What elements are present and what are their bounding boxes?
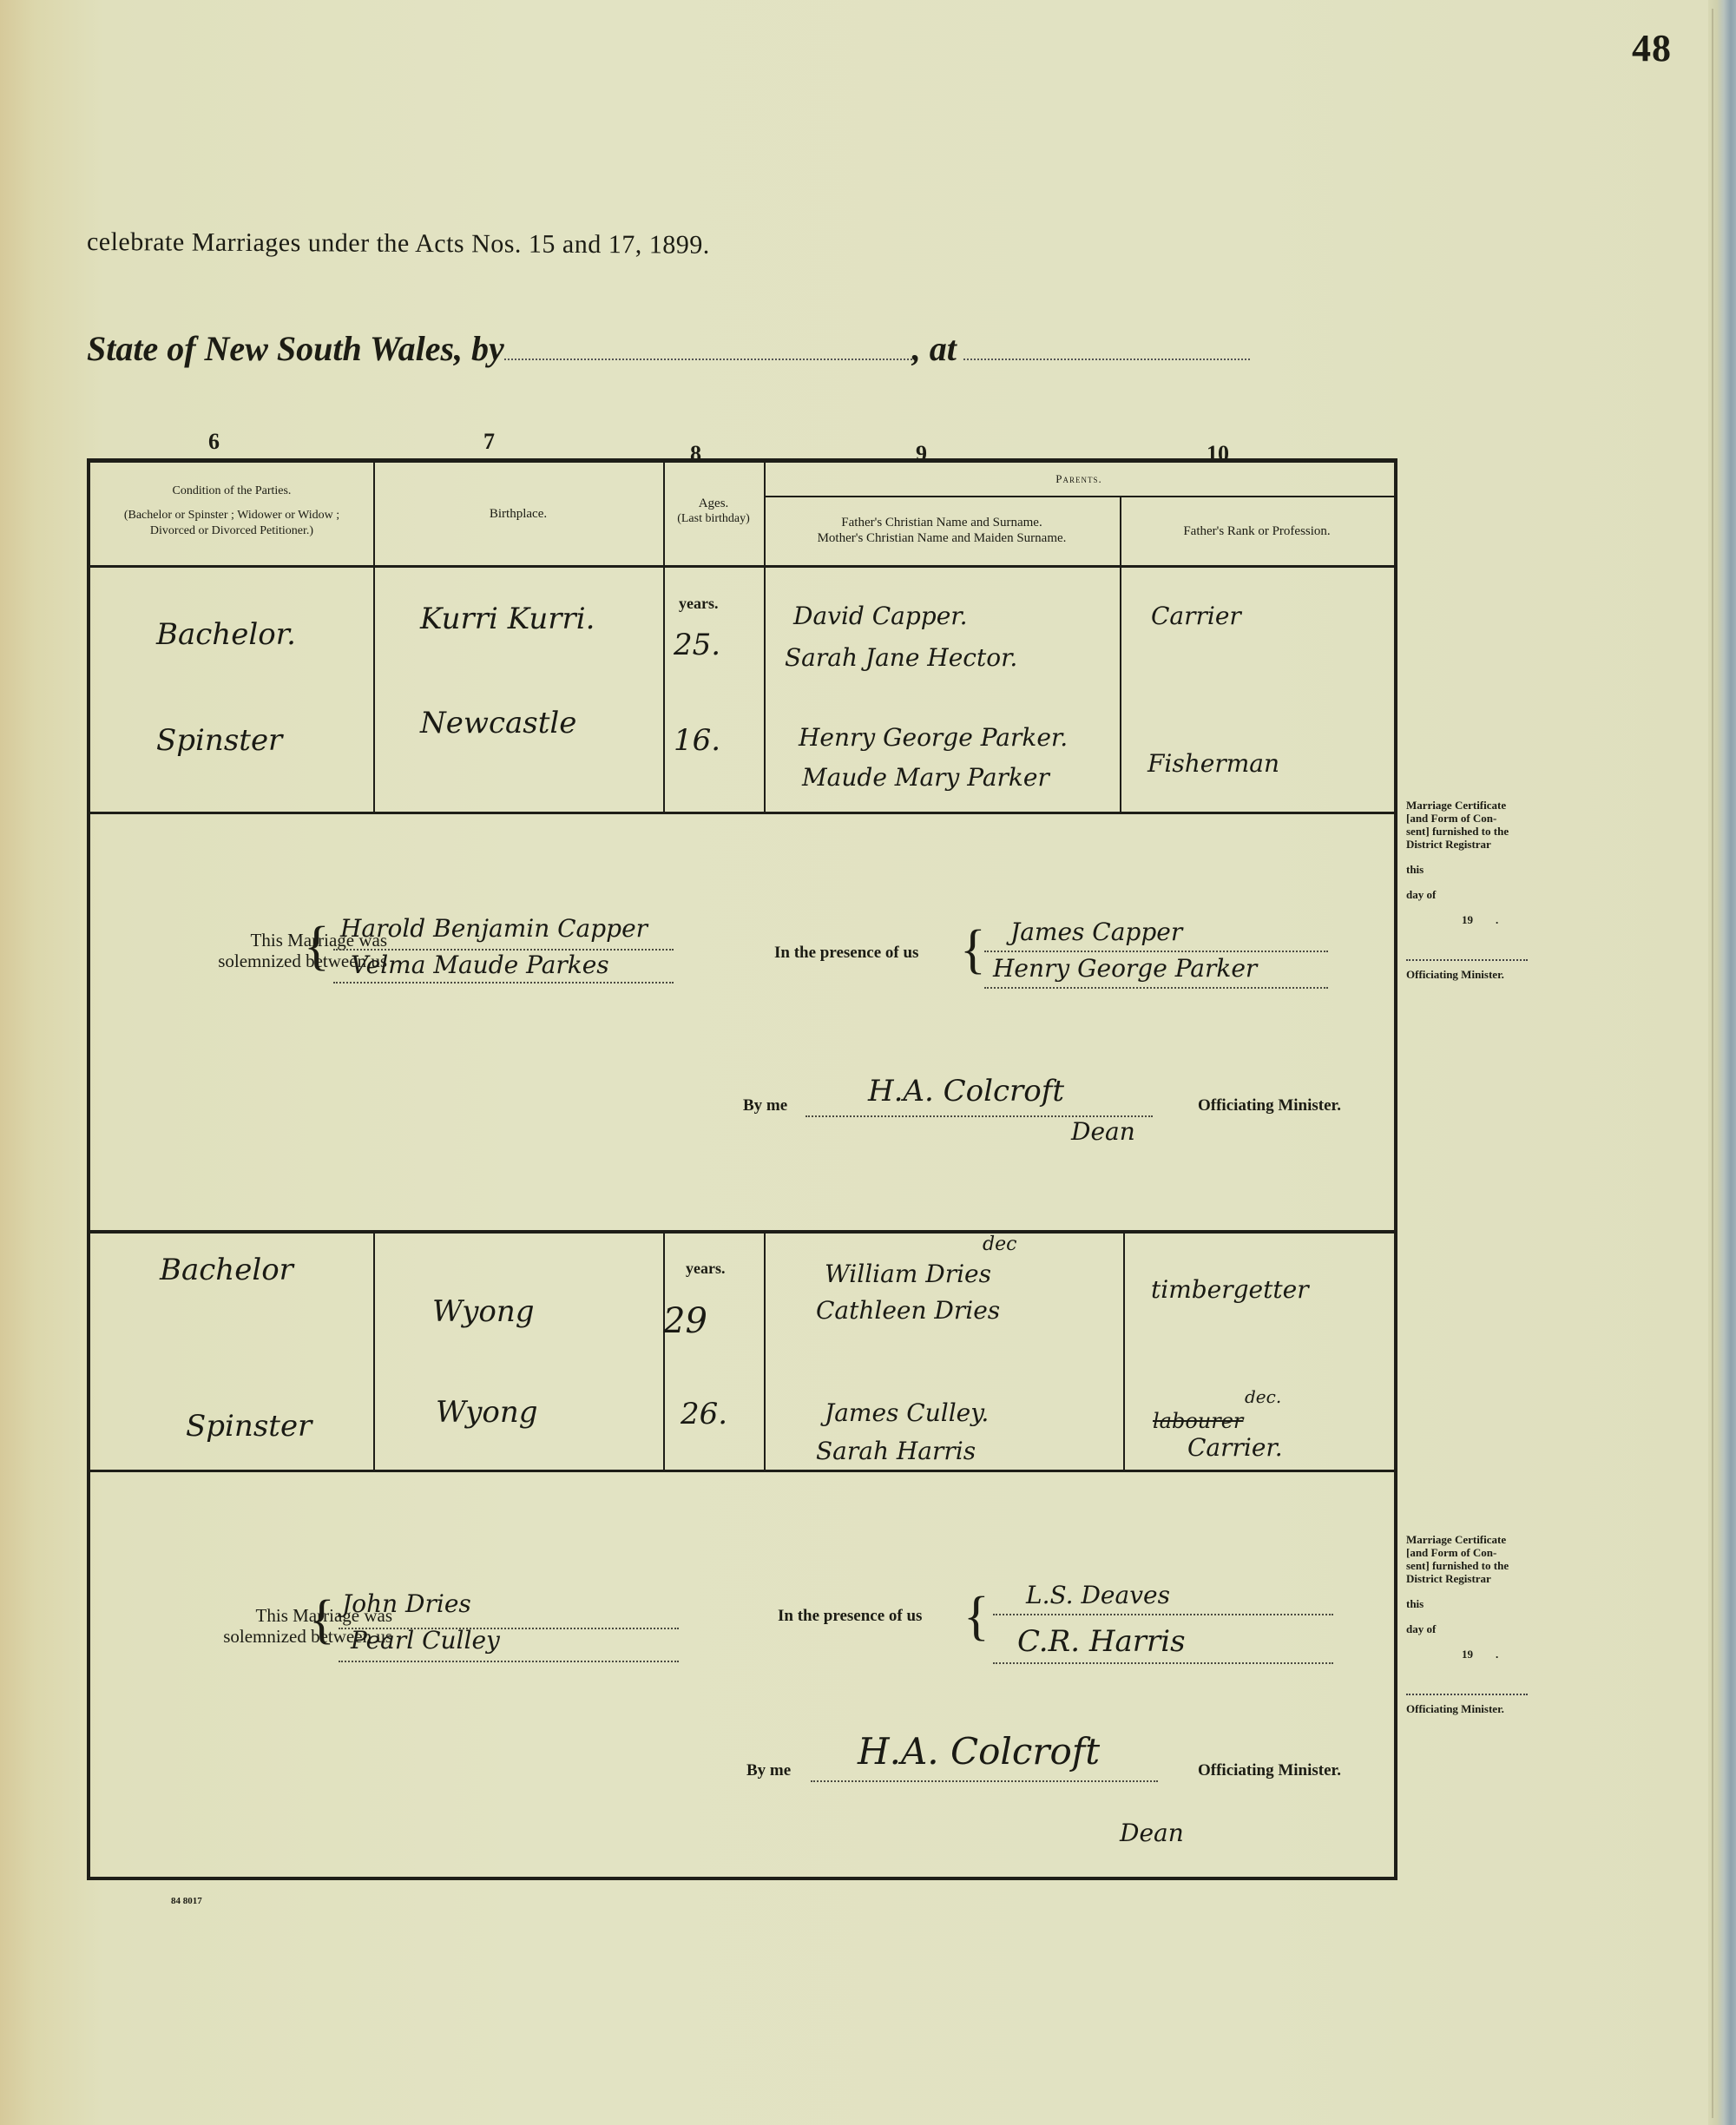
witness2-line	[984, 987, 1328, 989]
groom-father-note: dec	[983, 1234, 1016, 1255]
brace-icon: {	[309, 1593, 335, 1647]
brace-icon: {	[963, 1589, 990, 1643]
bride-father: James Culley.	[825, 1398, 989, 1427]
minister-signature: H.A. Colcroft	[868, 1074, 1064, 1109]
margin-this: this	[1406, 863, 1536, 876]
margin-line: sent] furnished to the	[1406, 825, 1536, 838]
bride-birthplace: Newcastle	[420, 706, 576, 740]
condition-header: Condition of the Parties. (Bachelor or S…	[90, 484, 373, 539]
page-number: 48	[1632, 26, 1672, 70]
groom-mother: Cathleen Dries	[816, 1296, 1000, 1325]
margin-officiating: Officiating Minister.	[1406, 968, 1536, 981]
column-number-7: 7	[483, 429, 495, 455]
bride-mother: Maude Mary Parker	[802, 763, 1049, 792]
margin-line: sent] furnished to the	[1406, 1559, 1536, 1572]
ages-header: Ages. (Last birthday)	[663, 496, 764, 527]
margin-day-of: day of	[1406, 1622, 1536, 1635]
entry1-rows-bottom-rule	[90, 812, 1394, 814]
brace-icon: {	[304, 919, 330, 973]
groom-birthplace: Wyong	[432, 1294, 535, 1329]
groom-condition: Bachelor.	[156, 617, 296, 652]
party2-name: Pearl Culley	[351, 1626, 500, 1655]
margin-certificate-note: Marriage Certificate [and Form of Con- s…	[1406, 1533, 1536, 1715]
form-code: 84 8017	[171, 1896, 202, 1906]
bride-age: 16.	[674, 723, 720, 758]
margin-year: 19	[1462, 1648, 1473, 1661]
brace-icon: {	[960, 923, 986, 977]
column-number-6: 6	[208, 429, 220, 455]
witnesses-label: In the presence of us	[774, 944, 918, 963]
column-divider	[663, 1234, 665, 1471]
by-me-label: By me	[746, 1761, 791, 1780]
party2-name: Velma Maude Parkes	[351, 951, 609, 979]
groom-father: William Dries	[825, 1260, 991, 1288]
margin-line: District Registrar	[1406, 838, 1536, 851]
groom-age: 25.	[674, 628, 720, 662]
party1-name: Harold Benjamin Capper	[340, 914, 648, 943]
condition-subtitle: (Bachelor or Spinster ; Widower or Widow…	[90, 508, 373, 539]
groom-father-profession: timbergetter	[1151, 1275, 1309, 1304]
witness1-name: L.S. Deaves	[1026, 1581, 1170, 1609]
bride-birthplace: Wyong	[436, 1395, 538, 1430]
margin-certificate-note: Marriage Certificate [and Form of Con- s…	[1406, 799, 1536, 981]
party1-name: John Dries	[342, 1589, 471, 1618]
by-field	[504, 353, 912, 360]
margin-line: Marriage Certificate	[1406, 1533, 1536, 1546]
by-me-label: By me	[743, 1096, 787, 1115]
margin-line: [and Form of Con-	[1406, 812, 1536, 825]
bride-mother: Sarah Harris	[816, 1437, 976, 1465]
officiating-minister-label: Officiating Minister.	[1198, 1761, 1341, 1780]
witness1-line	[984, 951, 1328, 952]
margin-year-suffix: .	[1496, 913, 1498, 926]
groom-condition: Bachelor	[160, 1253, 293, 1287]
page-edge-line	[1712, 9, 1713, 2118]
state-line: State of New South Wales, by, at	[87, 328, 1250, 369]
margin-year-suffix: .	[1496, 1648, 1498, 1661]
birthplace-header: Birthplace.	[373, 506, 663, 522]
minister-signature-line	[811, 1780, 1158, 1782]
parents-names-line1: Father's Christian Name and Surname.	[764, 515, 1120, 530]
witness2-name: C.R. Harris	[1017, 1624, 1186, 1659]
ages-subtitle: (Last birthday)	[663, 511, 764, 527]
groom-age: 29	[663, 1301, 707, 1341]
groom-birthplace: Kurri Kurri.	[420, 602, 595, 636]
minister-signature: H.A. Colcroft	[858, 1730, 1100, 1773]
parents-rule	[764, 496, 1394, 497]
bride-age: 26.	[681, 1397, 727, 1431]
condition-title: Condition of the Parties.	[90, 484, 373, 499]
groom-father: David Capper.	[793, 602, 967, 630]
witness2-line	[993, 1662, 1333, 1664]
page-heading: celebrate Marriages under the Acts Nos. …	[87, 227, 710, 260]
register-table: Condition of the Parties. (Bachelor or S…	[87, 458, 1397, 1880]
years-label: years.	[679, 595, 718, 613]
margin-year: 19	[1462, 913, 1473, 926]
bride-father-profession-note: dec.	[1245, 1386, 1281, 1407]
parents-names-line2: Mother's Christian Name and Maiden Surna…	[764, 530, 1120, 546]
column-divider	[1120, 496, 1121, 813]
witness1-name: James Capper	[1010, 918, 1182, 946]
profession-header: Father's Rank or Profession.	[1120, 523, 1394, 539]
bride-condition: Spinster	[156, 723, 282, 758]
parents-header: Parents.	[764, 471, 1394, 487]
groom-mother: Sarah Jane Hector.	[785, 643, 1017, 672]
margin-line: [and Form of Con-	[1406, 1546, 1536, 1559]
header-bottom-rule	[90, 565, 1394, 568]
state-line-prefix: State of New South Wales, by	[87, 329, 504, 368]
bride-condition: Spinster	[186, 1409, 312, 1444]
bride-father-profession: Fisherman	[1147, 749, 1279, 778]
bride-father-profession-struck: labourer	[1153, 1409, 1243, 1433]
margin-line: District Registrar	[1406, 1572, 1536, 1585]
state-line-separator: , at	[912, 329, 957, 368]
margin-officiating: Officiating Minister.	[1406, 1702, 1536, 1715]
column-divider	[373, 1234, 375, 1471]
bride-father: Henry George Parker.	[799, 723, 1068, 752]
column-divider	[1123, 1234, 1125, 1471]
entry2-rows-bottom-rule	[90, 1470, 1394, 1472]
witness1-line	[993, 1614, 1333, 1615]
party2-line	[339, 1661, 679, 1662]
party2-line	[333, 982, 674, 984]
witnesses-label: In the presence of us	[778, 1607, 922, 1626]
groom-father-profession: Carrier	[1151, 602, 1241, 630]
margin-day-of: day of	[1406, 888, 1536, 901]
minister-title: Dean	[1120, 1819, 1184, 1847]
parents-names-header: Father's Christian Name and Surname. Mot…	[764, 515, 1120, 546]
minister-title: Dean	[1071, 1117, 1135, 1146]
years-label: years.	[686, 1260, 725, 1278]
margin-line: Marriage Certificate	[1406, 799, 1536, 812]
witness2-name: Henry George Parker	[993, 954, 1257, 983]
bride-father-profession: Carrier.	[1187, 1433, 1283, 1462]
solemnized-label-line2: solemnized between us	[132, 951, 387, 972]
column-divider	[764, 1234, 766, 1471]
officiating-minister-label: Officiating Minister.	[1198, 1096, 1341, 1115]
at-field	[963, 353, 1250, 360]
margin-this: this	[1406, 1597, 1536, 1610]
entry-separator	[90, 1230, 1394, 1234]
ages-title: Ages.	[663, 496, 764, 511]
